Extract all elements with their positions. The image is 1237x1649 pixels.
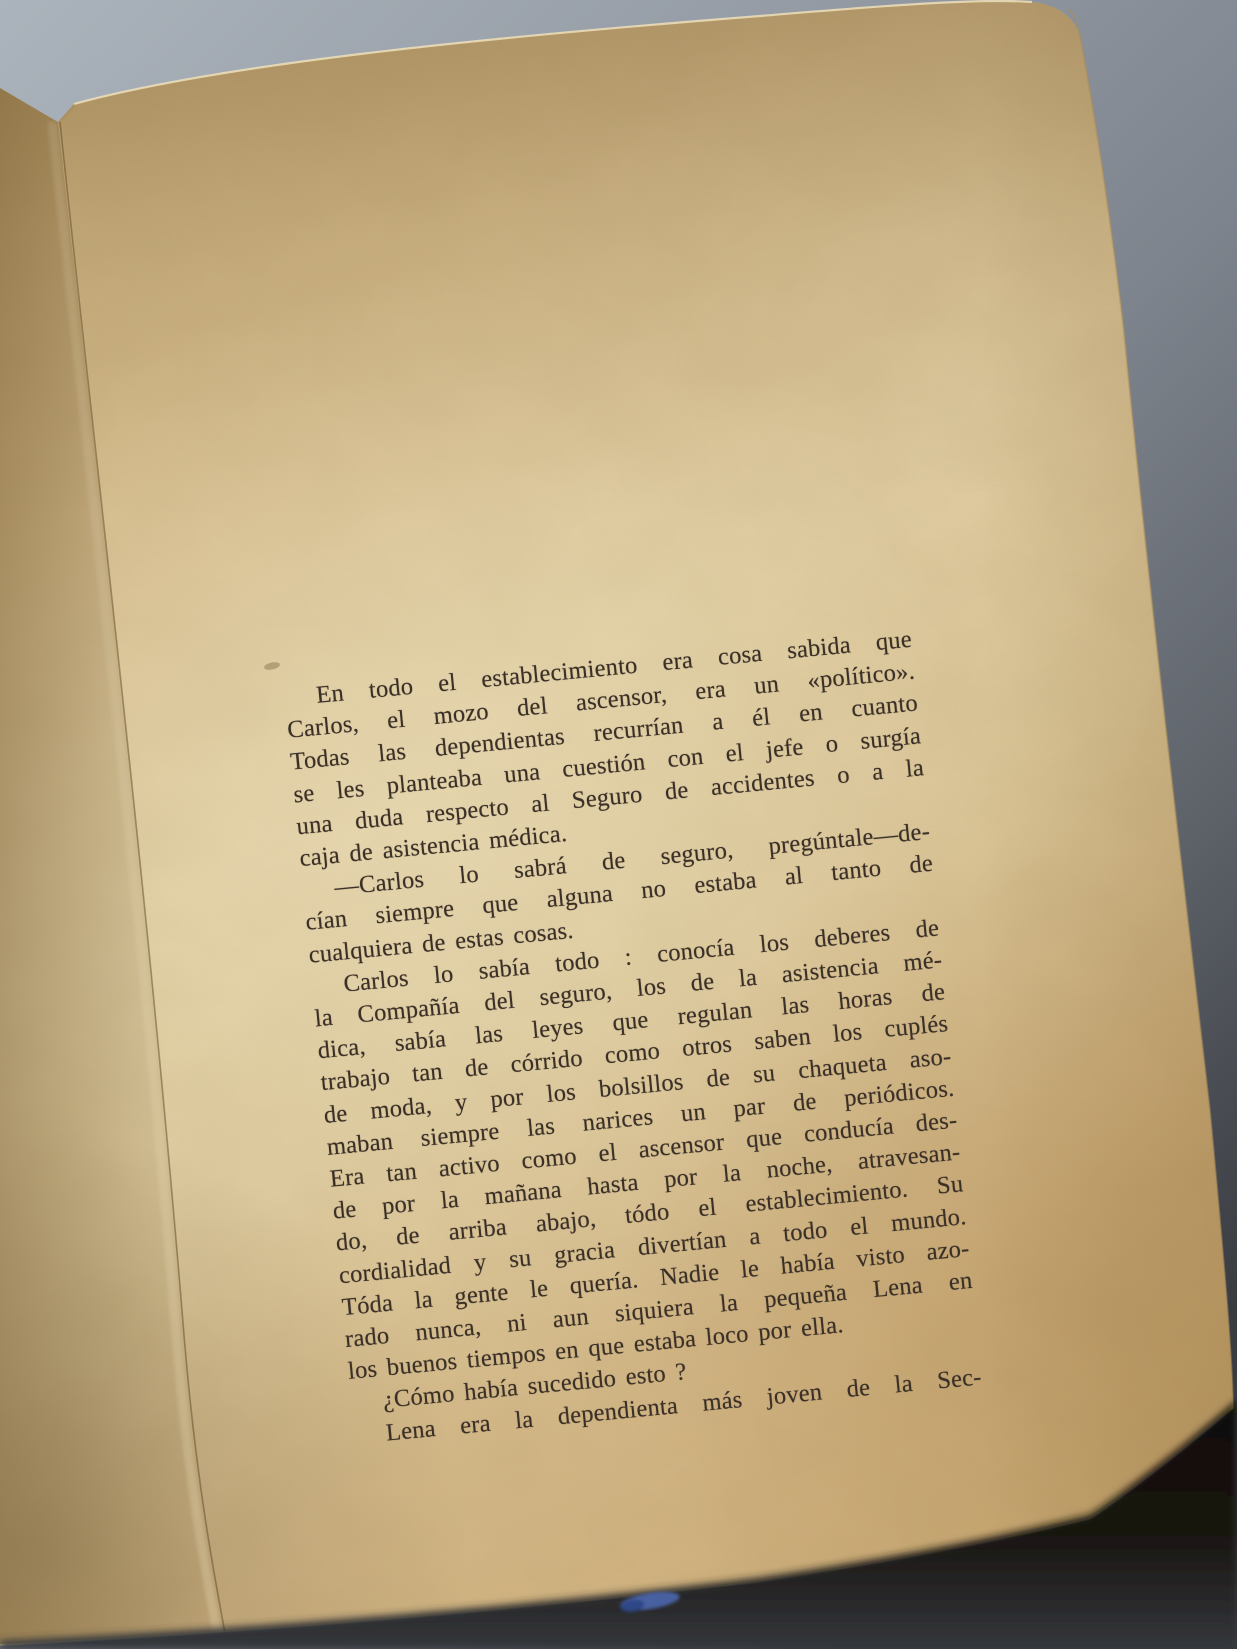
page-text-block: En todo el establecimiento era cosa sabi…: [283, 624, 983, 1453]
book-photo: En todo el establecimiento era cosa sabi…: [0, 0, 1237, 1649]
